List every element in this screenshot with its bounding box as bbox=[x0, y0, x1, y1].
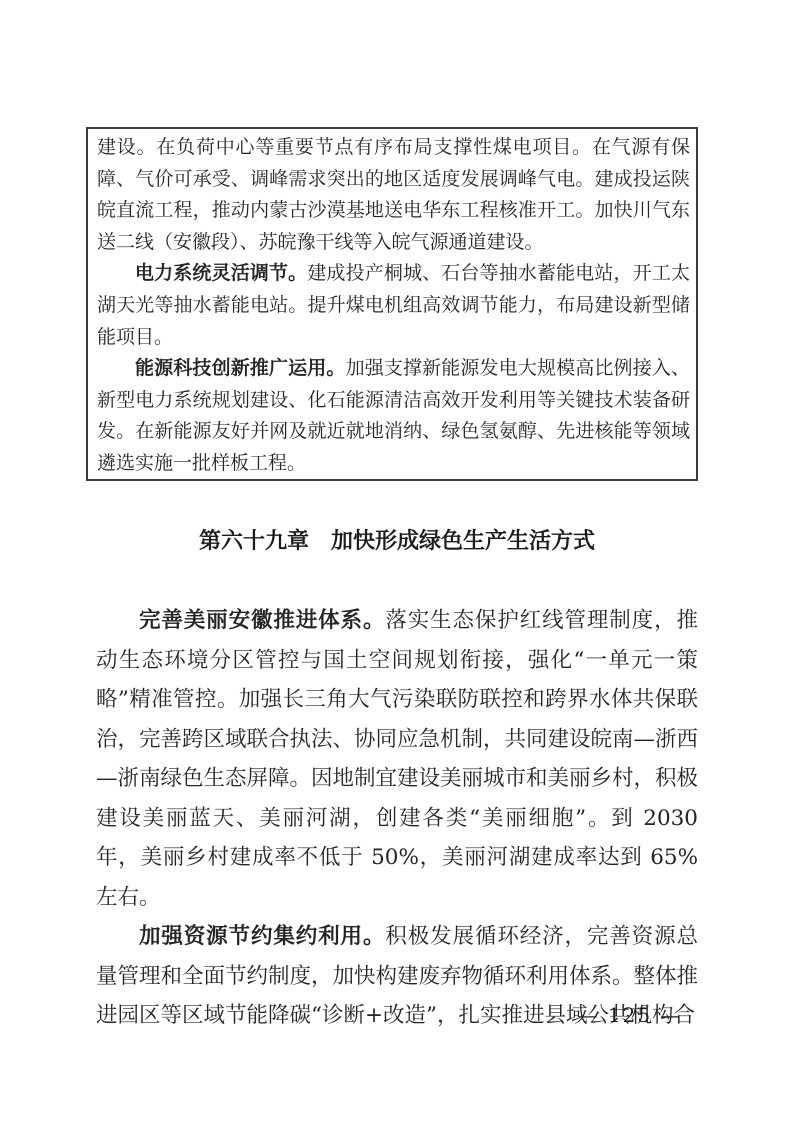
box-paragraph-continuation: 建设。在负荷中心等重要节点有序布局支撑性煤电项目。在气源有保障、气价可承受、调峰… bbox=[97, 132, 690, 258]
page-number: — 125 — bbox=[530, 1003, 730, 1027]
box-paragraph-power-system: 电力系统灵活调节。建成投产桐城、石台等抽水蓄能电站，开工太湖天光等抽水蓄能电站。… bbox=[97, 258, 690, 353]
body-section: 完善美丽安徽推进体系。落实生态保护红线管理制度，推动生态环境分区管控与国土空间规… bbox=[96, 601, 698, 1036]
paragraph-lead: 完善美丽安徽推进体系。 bbox=[139, 608, 385, 633]
chapter-heading: 第六十九章 加快形成绿色生产生活方式 bbox=[0, 524, 794, 555]
paragraph-text: 落实生态保护红线管理制度，推动生态环境分区管控与国土空间规划衔接，强化“一单元一… bbox=[96, 608, 698, 910]
paragraph-lead: 加强资源节约集约利用。 bbox=[139, 924, 385, 949]
paragraph-lead: 电力系统灵活调节。 bbox=[135, 262, 307, 284]
paragraph-lead: 能源科技创新推广运用。 bbox=[135, 357, 346, 379]
boxed-column: 建设。在负荷中心等重要节点有序布局支撑性煤电项目。在气源有保障、气价可承受、调峰… bbox=[86, 127, 698, 481]
box-paragraph-energy-tech: 能源科技创新推广运用。加强支撑新能源发电大规模高比例接入、新型电力系统规划建设、… bbox=[97, 353, 690, 479]
paragraph-text: 建设。在负荷中心等重要节点有序布局支撑性煤电项目。在气源有保障、气价可承受、调峰… bbox=[97, 136, 690, 253]
body-paragraph-beautiful-anhui: 完善美丽安徽推进体系。落实生态保护红线管理制度，推动生态环境分区管控与国土空间规… bbox=[96, 601, 698, 917]
document-page: 建设。在负荷中心等重要节点有序布局支撑性煤电项目。在气源有保障、气价可承受、调峰… bbox=[0, 0, 794, 1123]
